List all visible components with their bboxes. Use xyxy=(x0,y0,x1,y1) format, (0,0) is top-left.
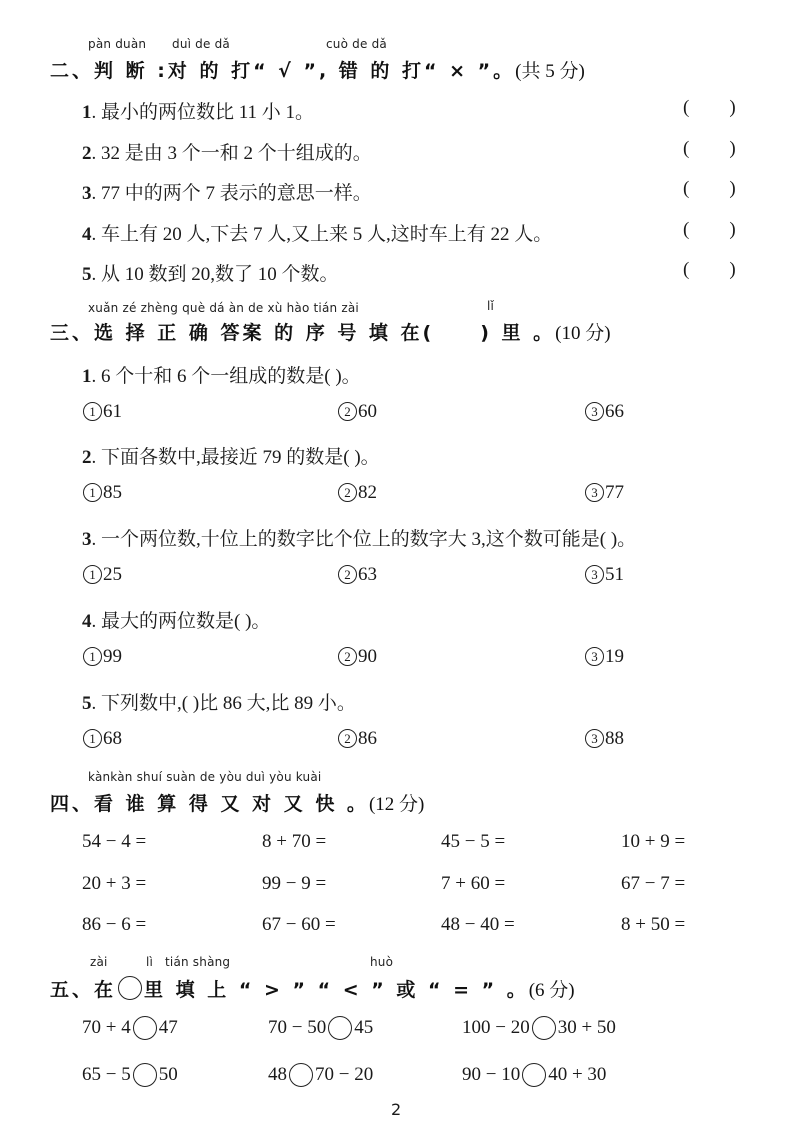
question-text: . 一个两位数,十位上的数字比个位上的数字大 3,这个数可能是( )。 xyxy=(92,529,637,550)
section-score: (共 5 分) xyxy=(515,61,585,82)
circled-number: 3 xyxy=(585,402,604,421)
calc-problem[interactable]: 8 + 70 = xyxy=(262,831,326,853)
question-number: 2 xyxy=(82,447,92,468)
option-value: 86 xyxy=(358,728,377,749)
pinyin-annotation: huò xyxy=(370,955,393,969)
option-value: 19 xyxy=(605,646,624,667)
circled-number: 2 xyxy=(338,402,357,421)
answer-blank[interactable]: () xyxy=(683,178,736,200)
section-score: (12 分) xyxy=(369,794,424,815)
option-value: 60 xyxy=(358,401,377,422)
calc-problem[interactable]: 45 − 5 = xyxy=(441,831,505,853)
section-heading: 三、选 择 正 确 答案 的 序 号 填 在() 里 。(10 分) xyxy=(50,318,611,345)
pinyin-annotation: cuò de dǎ xyxy=(326,37,387,51)
compare-left: 70 + 4 xyxy=(82,1017,131,1039)
option-value: 90 xyxy=(358,646,377,667)
circled-number: 1 xyxy=(83,647,102,666)
circled-number: 1 xyxy=(83,565,102,584)
option-3[interactable]: 388 xyxy=(585,728,624,750)
pinyin-annotation: tián shàng xyxy=(165,955,230,969)
option-value: 85 xyxy=(103,482,122,503)
option-2[interactable]: 263 xyxy=(338,564,377,586)
option-value: 61 xyxy=(103,401,122,422)
answer-blank[interactable]: () xyxy=(683,97,736,119)
circled-number: 1 xyxy=(83,729,102,748)
calc-problem[interactable]: 67 − 7 = xyxy=(621,873,685,895)
circled-number: 1 xyxy=(83,402,102,421)
calc-problem[interactable]: 67 − 60 = xyxy=(262,914,336,936)
compare-left: 70 − 50 xyxy=(268,1017,326,1039)
comparison-item: 90 − 1040 + 30 xyxy=(462,1063,606,1087)
compare-left: 90 − 10 xyxy=(462,1064,520,1086)
pinyin-annotation: lì xyxy=(146,955,153,969)
option-value: 25 xyxy=(103,564,122,585)
circled-number: 3 xyxy=(585,483,604,502)
question-text: . 6 个十和 6 个一组成的数是( )。 xyxy=(92,366,361,387)
calc-problem[interactable]: 10 + 9 = xyxy=(621,831,685,853)
question-text: . 最小的两位数比 11 小 1。 xyxy=(92,102,315,123)
comparison-item: 65 − 550 xyxy=(82,1063,178,1087)
option-1[interactable]: 185 xyxy=(83,482,122,504)
paren-close: ) xyxy=(729,138,735,159)
compare-right: 47 xyxy=(159,1017,178,1039)
question-item: 2. 下面各数中,最接近 79 的数是( )。 xyxy=(82,442,380,469)
compare-right: 70 − 20 xyxy=(315,1064,373,1086)
section-title: 在 xyxy=(94,979,116,1001)
paren-open: ( xyxy=(683,219,689,240)
compare-right: 30 + 50 xyxy=(558,1017,616,1039)
section-heading: 四、看 谁 算 得 又 对 又 快 。(12 分) xyxy=(50,789,424,816)
option-2[interactable]: 260 xyxy=(338,401,377,423)
compare-right: 50 xyxy=(159,1064,178,1086)
answer-blank[interactable]: () xyxy=(683,219,736,241)
calc-problem[interactable]: 54 − 4 = xyxy=(82,831,146,853)
section-title: 选 择 正 确 答案 的 序 号 填 在( xyxy=(94,322,434,344)
section-title: 里 填 上 “ > ” “ < ” 或 “ = ” 。 xyxy=(144,979,529,1001)
option-value: 99 xyxy=(103,646,122,667)
answer-blank[interactable]: () xyxy=(683,138,736,160)
question-number: 5 xyxy=(82,264,92,285)
question-number: 4 xyxy=(82,224,92,245)
compare-circle-blank[interactable] xyxy=(133,1063,157,1087)
paren-open: ( xyxy=(683,138,689,159)
question-text: . 最大的两位数是( )。 xyxy=(92,611,271,632)
question-text: . 从 10 数到 20,数了 10 个数。 xyxy=(92,264,339,285)
calc-problem[interactable]: 86 − 6 = xyxy=(82,914,146,936)
option-1[interactable]: 161 xyxy=(83,401,122,423)
paren-close: ) xyxy=(729,97,735,118)
circled-number: 2 xyxy=(338,565,357,584)
compare-right: 40 + 30 xyxy=(548,1064,606,1086)
pinyin-annotation: pàn duàn xyxy=(88,37,146,51)
option-2[interactable]: 286 xyxy=(338,728,377,750)
question-text: . 32 是由 3 个一和 2 个十组成的。 xyxy=(92,143,372,164)
question-item: 1. 6 个十和 6 个一组成的数是( )。 xyxy=(82,361,361,388)
comparison-item: 70 + 447 xyxy=(82,1016,178,1040)
calc-problem[interactable]: 99 − 9 = xyxy=(262,873,326,895)
circle-blank-icon xyxy=(118,976,142,1000)
question-item: 2. 32 是由 3 个一和 2 个十组成的。 xyxy=(82,138,372,165)
option-1[interactable]: 199 xyxy=(83,646,122,668)
circled-number: 2 xyxy=(338,729,357,748)
question-text: . 车上有 20 人,下去 7 人,又上来 5 人,这时车上有 22 人。 xyxy=(92,224,553,245)
circled-number: 2 xyxy=(338,483,357,502)
pinyin-annotation: zài xyxy=(90,955,108,969)
compare-circle-blank[interactable] xyxy=(328,1016,352,1040)
question-item: 4. 最大的两位数是( )。 xyxy=(82,606,270,633)
option-3[interactable]: 377 xyxy=(585,482,624,504)
pinyin-annotation: duì de dǎ xyxy=(172,37,230,51)
section-heading: 二、判 断 :对 的 打“ √ ”, 错 的 打“ × ”。(共 5 分) xyxy=(50,56,585,83)
circled-number: 2 xyxy=(338,647,357,666)
question-item: 3. 77 中的两个 7 表示的意思一样。 xyxy=(82,178,372,205)
section-title: ) 里 。 xyxy=(480,322,555,344)
section-prefix: 四、 xyxy=(50,793,94,815)
calc-problem[interactable]: 7 + 60 = xyxy=(441,873,505,895)
compare-right: 45 xyxy=(354,1017,373,1039)
circled-number: 3 xyxy=(585,647,604,666)
option-value: 68 xyxy=(103,728,122,749)
calc-problem[interactable]: 48 − 40 = xyxy=(441,914,515,936)
compare-circle-blank[interactable] xyxy=(133,1016,157,1040)
option-2[interactable]: 282 xyxy=(338,482,377,504)
question-item: 1. 最小的两位数比 11 小 1。 xyxy=(82,97,314,124)
question-text: . 下面各数中,最接近 79 的数是( )。 xyxy=(92,447,380,468)
section-score: (10 分) xyxy=(555,323,610,344)
option-3[interactable]: 319 xyxy=(585,646,624,668)
question-item: 4. 车上有 20 人,下去 7 人,又上来 5 人,这时车上有 22 人。 xyxy=(82,219,552,246)
option-value: 66 xyxy=(605,401,624,422)
paren-close: ) xyxy=(729,219,735,240)
option-3[interactable]: 366 xyxy=(585,401,624,423)
calc-problem[interactable]: 20 + 3 = xyxy=(82,873,146,895)
section-title: 看 谁 算 得 又 对 又 快 。 xyxy=(94,793,369,815)
question-number: 5 xyxy=(82,693,92,714)
option-1[interactable]: 168 xyxy=(83,728,122,750)
section-prefix: 三、 xyxy=(50,322,94,344)
section-heading: 五、在里 填 上 “ > ” “ < ” 或 “ = ” 。(6 分) xyxy=(50,975,575,1002)
pinyin-annotation: kànkàn shuí suàn de yòu duì yòu kuài xyxy=(88,770,321,784)
section-score: (6 分) xyxy=(529,980,575,1001)
option-2[interactable]: 290 xyxy=(338,646,377,668)
comparison-item: 4870 − 20 xyxy=(268,1063,373,1087)
option-value: 82 xyxy=(358,482,377,503)
calc-problem[interactable]: 8 + 50 = xyxy=(621,914,685,936)
compare-circle-blank[interactable] xyxy=(522,1063,546,1087)
paren-open: ( xyxy=(683,178,689,199)
paren-open: ( xyxy=(683,97,689,118)
option-3[interactable]: 351 xyxy=(585,564,624,586)
compare-circle-blank[interactable] xyxy=(289,1063,313,1087)
option-1[interactable]: 125 xyxy=(83,564,122,586)
paren-close: ) xyxy=(729,178,735,199)
pinyin-annotation: lǐ xyxy=(487,299,494,313)
question-item: 5. 下列数中,( )比 86 大,比 89 小。 xyxy=(82,688,356,715)
question-number: 3 xyxy=(82,183,92,204)
circled-number: 3 xyxy=(585,729,604,748)
compare-left: 100 − 20 xyxy=(462,1017,530,1039)
comparison-item: 70 − 5045 xyxy=(268,1016,373,1040)
question-text: . 77 中的两个 7 表示的意思一样。 xyxy=(92,183,372,204)
section-title: 判 断 :对 的 打“ √ ”, 错 的 打“ × ”。 xyxy=(94,60,515,82)
question-number: 2 xyxy=(82,143,92,164)
option-value: 77 xyxy=(605,482,624,503)
question-number: 3 xyxy=(82,529,92,550)
question-number: 4 xyxy=(82,611,92,632)
option-value: 51 xyxy=(605,564,624,585)
page-number: 2 xyxy=(391,1100,401,1119)
paren-close: ) xyxy=(729,259,735,280)
comparison-item: 100 − 2030 + 50 xyxy=(462,1016,616,1040)
option-value: 88 xyxy=(605,728,624,749)
circled-number: 3 xyxy=(585,565,604,584)
question-number: 1 xyxy=(82,366,92,387)
compare-left: 65 − 5 xyxy=(82,1064,131,1086)
question-text: . 下列数中,( )比 86 大,比 89 小。 xyxy=(92,693,356,714)
section-prefix: 二、 xyxy=(50,60,94,82)
section-prefix: 五、 xyxy=(50,979,94,1001)
option-value: 63 xyxy=(358,564,377,585)
paren-open: ( xyxy=(683,259,689,280)
compare-circle-blank[interactable] xyxy=(532,1016,556,1040)
compare-left: 48 xyxy=(268,1064,287,1086)
question-item: 5. 从 10 数到 20,数了 10 个数。 xyxy=(82,259,339,286)
circled-number: 1 xyxy=(83,483,102,502)
question-item: 3. 一个两位数,十位上的数字比个位上的数字大 3,这个数可能是( )。 xyxy=(82,524,636,551)
pinyin-annotation: xuǎn zé zhèng què dá àn de xù hào tián z… xyxy=(88,301,359,315)
question-number: 1 xyxy=(82,102,92,123)
answer-blank[interactable]: () xyxy=(683,259,736,281)
